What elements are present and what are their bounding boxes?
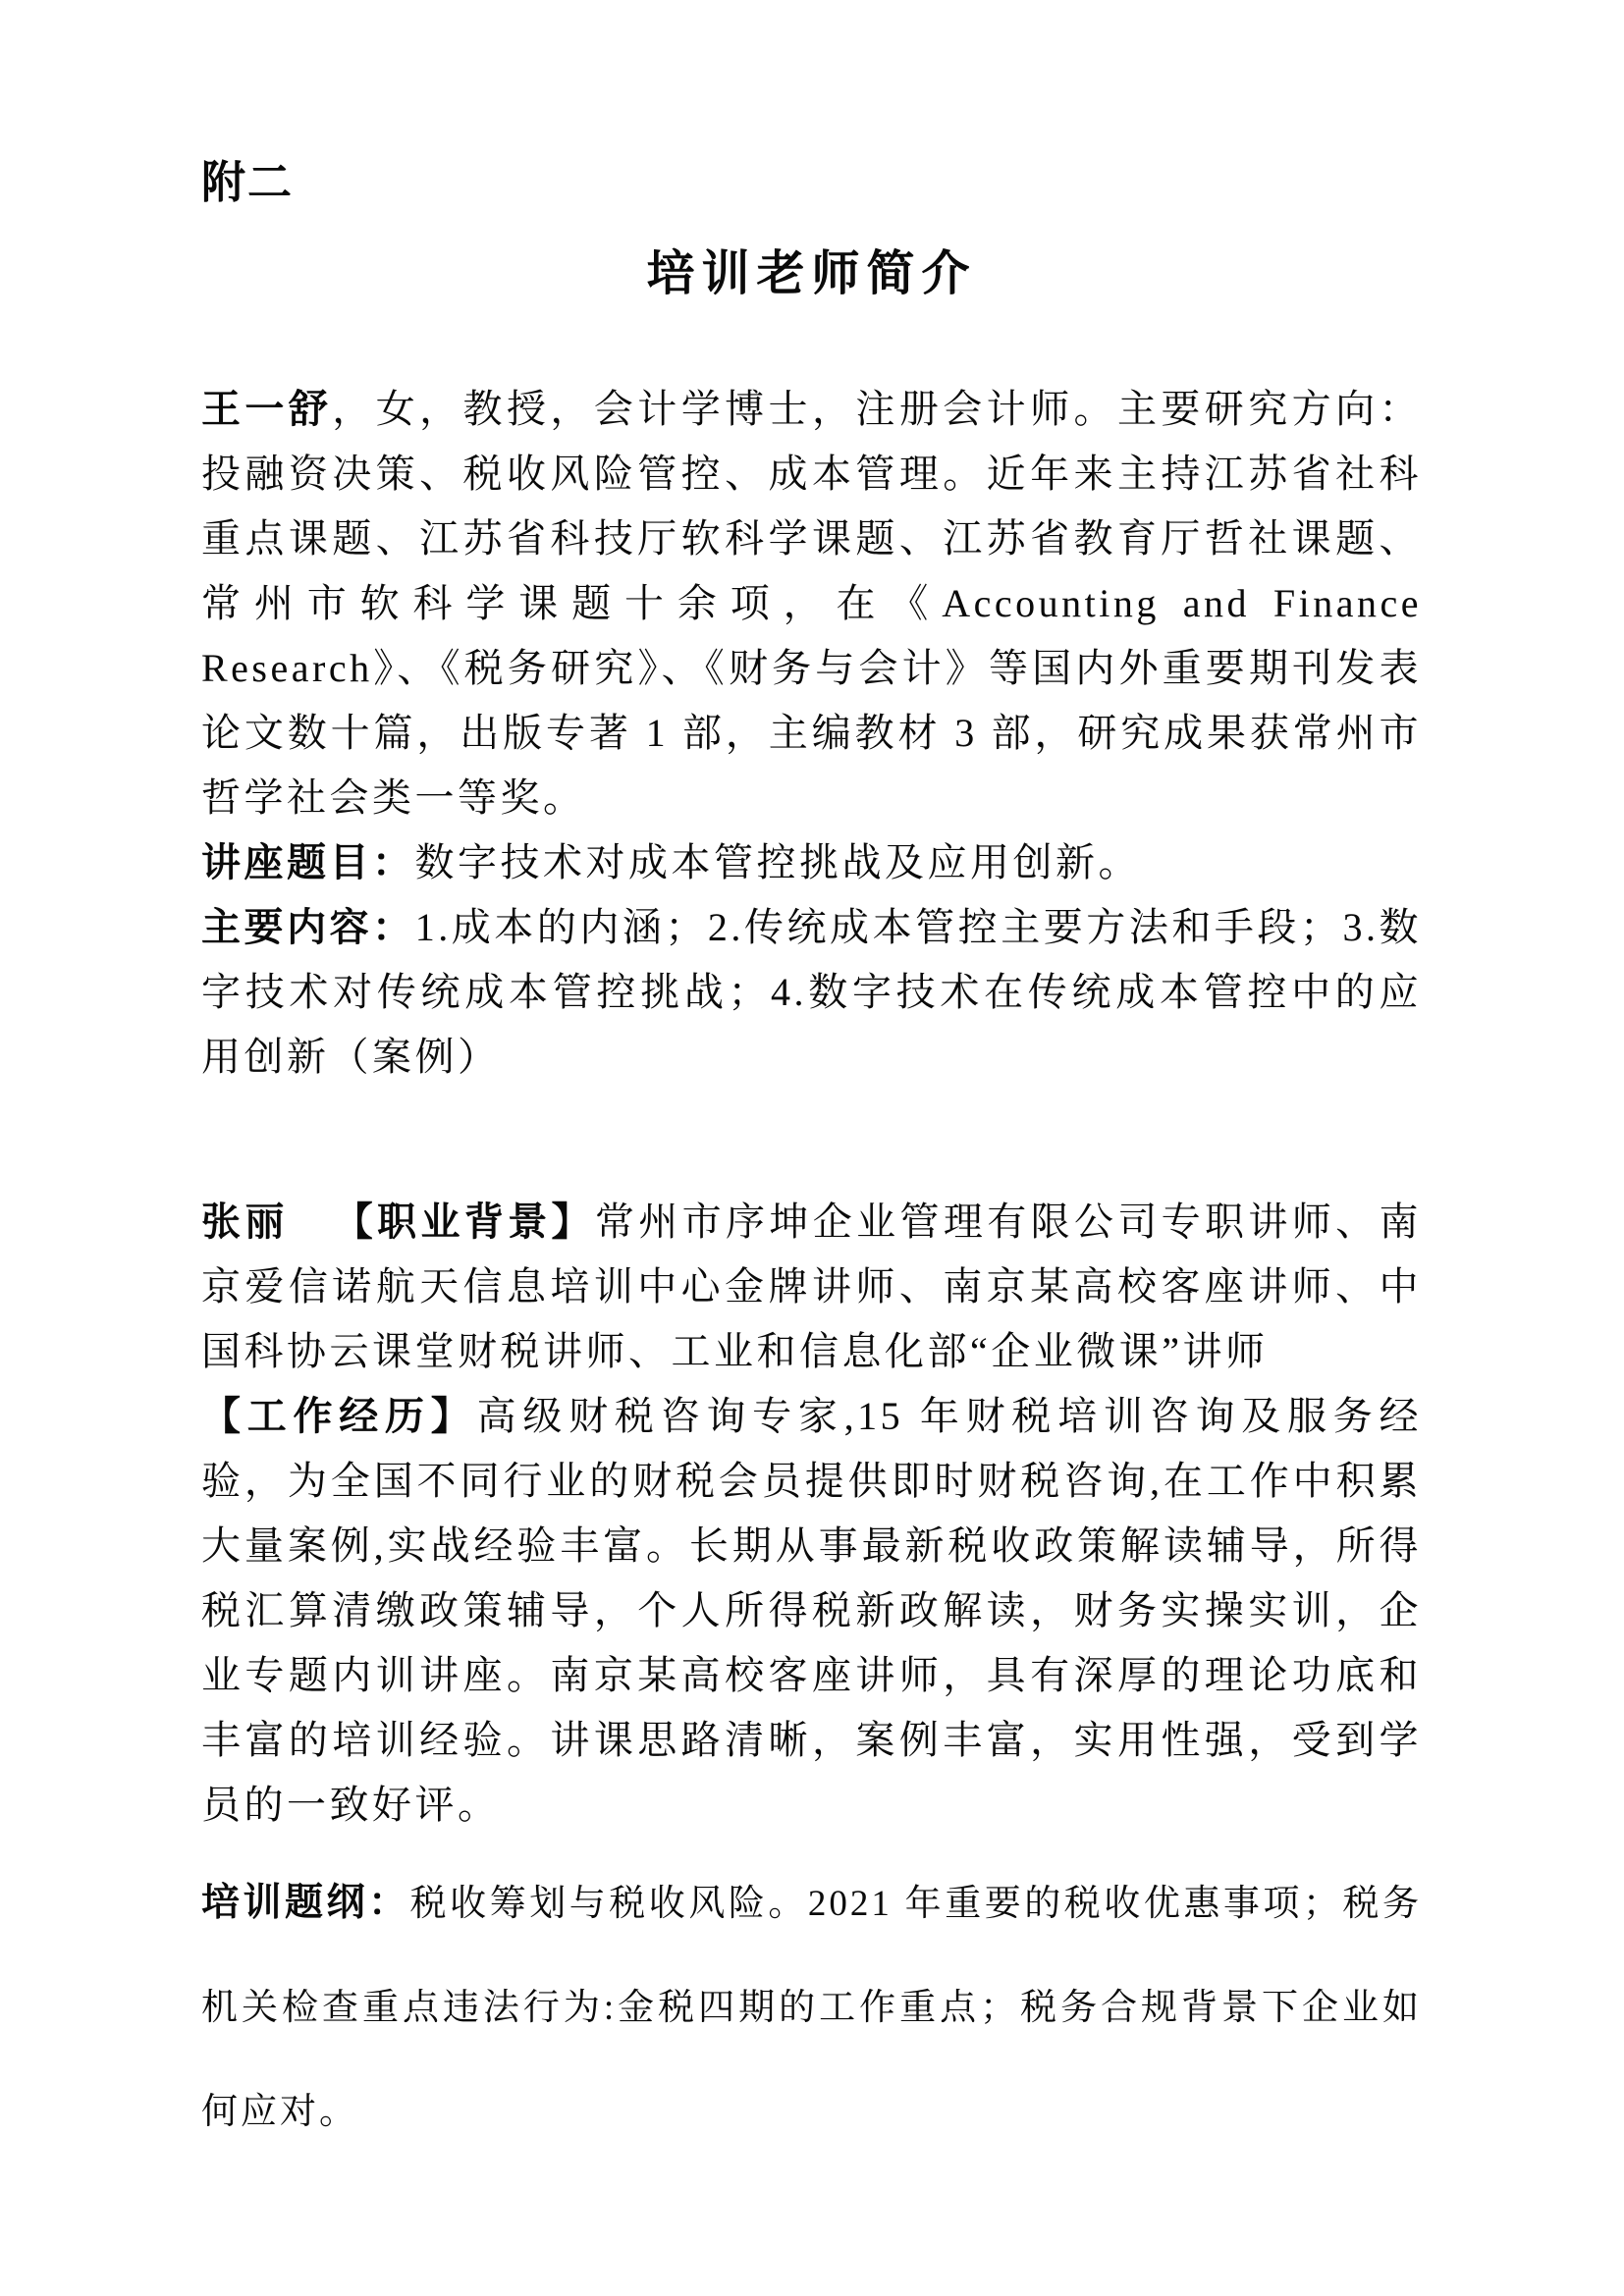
teacher1-bio-text: ，女，教授，会计学博士，注册会计师。主要研究方向：投融资决策、税收风险管控、成本… — [201, 387, 1422, 820]
teacher2-background-paragraph: 张丽【职业背景】常州市序坤企业管理有限公司专职讲师、南京爱信诺航天信息培训中心金… — [201, 1190, 1422, 1384]
teacher2-outline-paragraph: 培训题纲：税收筹划与税收风险。2021 年重要的税收优惠事项；税务机关检查重点违… — [201, 1851, 1422, 2164]
page-title: 培训老师简介 — [201, 234, 1422, 314]
teacher1-lecture-paragraph: 讲座题目：数字技术对成本管控挑战及应用创新。 — [201, 830, 1422, 895]
teacher2-experience-paragraph: 【工作经历】高级财税咨询专家,15 年财税培训咨询及服务经验，为全国不同行业的财… — [201, 1384, 1422, 1838]
main-contents-label: 主要内容： — [201, 906, 415, 949]
document-content: 附二 培训老师简介 王一舒，女，教授，会计学博士，注册会计师。主要研究方向：投融… — [201, 0, 1422, 2164]
career-background-label: 【职业背景】 — [334, 1201, 595, 1244]
lecture-topic-label: 讲座题目： — [201, 841, 415, 884]
document-page: 附二 培训老师简介 王一舒，女，教授，会计学博士，注册会计师。主要研究方向：投融… — [0, 0, 1624, 2296]
appendix-label: 附二 — [201, 0, 1422, 220]
teacher2-name: 张丽 — [201, 1200, 289, 1244]
training-outline-label: 培训题纲： — [201, 1882, 410, 1924]
teacher1-bio-paragraph: 王一舒，女，教授，会计学博士，注册会计师。主要研究方向：投融资决策、税收风险管控… — [201, 377, 1422, 830]
teacher1-name: 王一舒 — [201, 387, 332, 431]
lecture-topic-text: 数字技术对成本管控挑战及应用创新。 — [415, 840, 1142, 884]
work-experience-text: 高级财税咨询专家,15 年财税培训咨询及服务经验，为全国不同行业的财税会员提供即… — [201, 1394, 1422, 1827]
work-experience-label: 【工作经历】 — [201, 1395, 477, 1438]
teacher1-contents-paragraph: 主要内容：1.成本的内涵；2.传统成本管控主要方法和手段；3.数字技术对传统成本… — [201, 895, 1422, 1090]
